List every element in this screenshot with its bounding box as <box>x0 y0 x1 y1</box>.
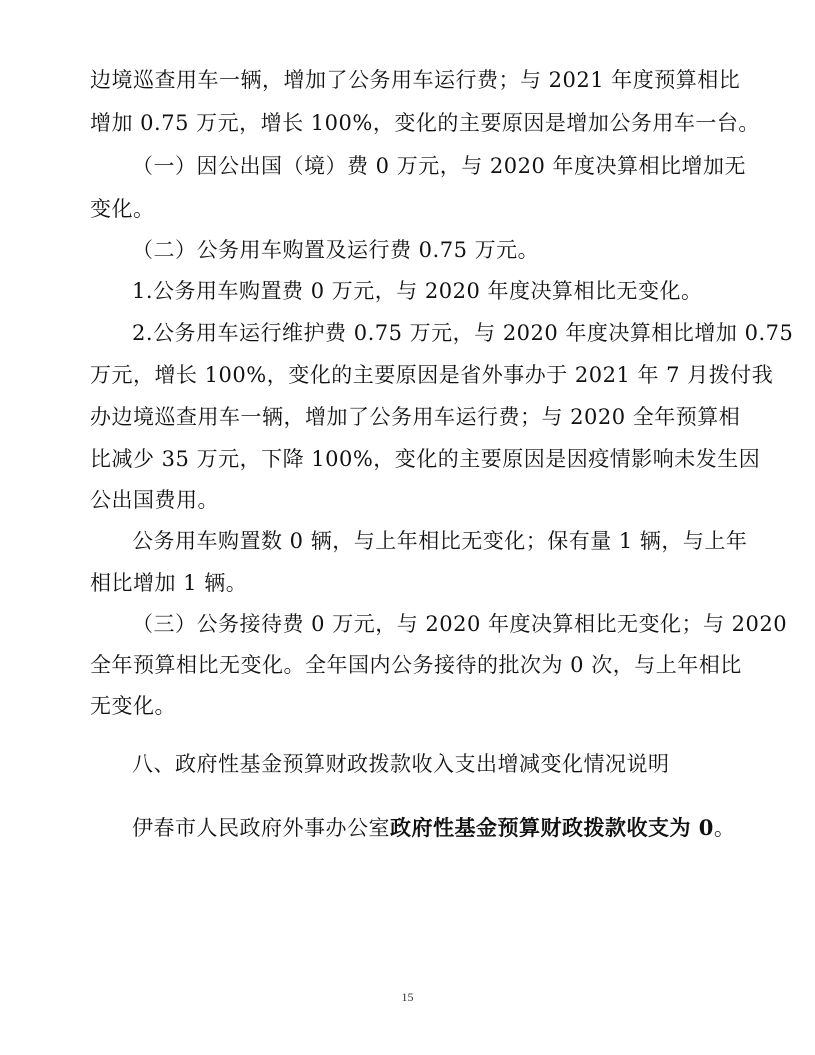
text-line: （二）公务用车购置及运行费 0.75 万元。 <box>132 235 730 265</box>
text-line: 无变化。 <box>90 691 730 721</box>
document-page: 边境巡查用车一辆，增加了公务用车运行费；与 2021 年度预算相比 增加 0.7… <box>0 0 815 1055</box>
text-line: 比减少 35 万元，下降 100%，变化的主要原因是因疫情影响未发生因 <box>90 444 730 474</box>
text-line: 办边境巡查用车一辆，增加了公务用车运行费；与 2020 全年预算相 <box>90 402 730 432</box>
text-line: 边境巡查用车一辆，增加了公务用车运行费；与 2021 年度预算相比 <box>90 65 730 95</box>
text-line: 变化。 <box>90 194 730 224</box>
text-line: 公出国费用。 <box>90 485 730 515</box>
text-line: 公务用车购置数 0 辆，与上年相比无变化；保有量 1 辆，与上年 <box>132 526 730 556</box>
text-line: 万元，增长 100%，变化的主要原因是省外事办于 2021 年 7 月拨付我 <box>90 360 730 390</box>
text-line: 2.公务用车运行维护费 0.75 万元，与 2020 年度决算相比增加 0.75 <box>132 318 730 348</box>
summary-suffix: 。 <box>714 816 736 840</box>
text-line: 增加 0.75 万元，增长 100%，变化的主要原因是增加公务用车一台。 <box>90 108 730 138</box>
section-heading: 八、政府性基金预算财政拨款收入支出增减变化情况说明 <box>132 749 670 779</box>
summary-bold-text: 政府性基金预算财政拨款收支为 0 <box>390 815 714 840</box>
summary-statement: 伊春市人民政府外事办公室政府性基金预算财政拨款收支为 0。 <box>132 813 735 843</box>
page-number: 15 <box>0 990 815 1005</box>
text-line: （三）公务接待费 0 万元，与 2020 年度决算相比无变化；与 2020 <box>132 609 730 639</box>
text-line: 1.公务用车购置费 0 万元，与 2020 年度决算相比无变化。 <box>132 276 730 306</box>
text-line: （一）因公出国（境）费 0 万元，与 2020 年度决算相比增加无 <box>132 151 730 181</box>
text-line: 全年预算相比无变化。全年国内公务接待的批次为 0 次，与上年相比 <box>90 650 730 680</box>
text-line: 相比增加 1 辆。 <box>90 568 730 598</box>
summary-prefix: 伊春市人民政府外事办公室 <box>132 816 390 840</box>
